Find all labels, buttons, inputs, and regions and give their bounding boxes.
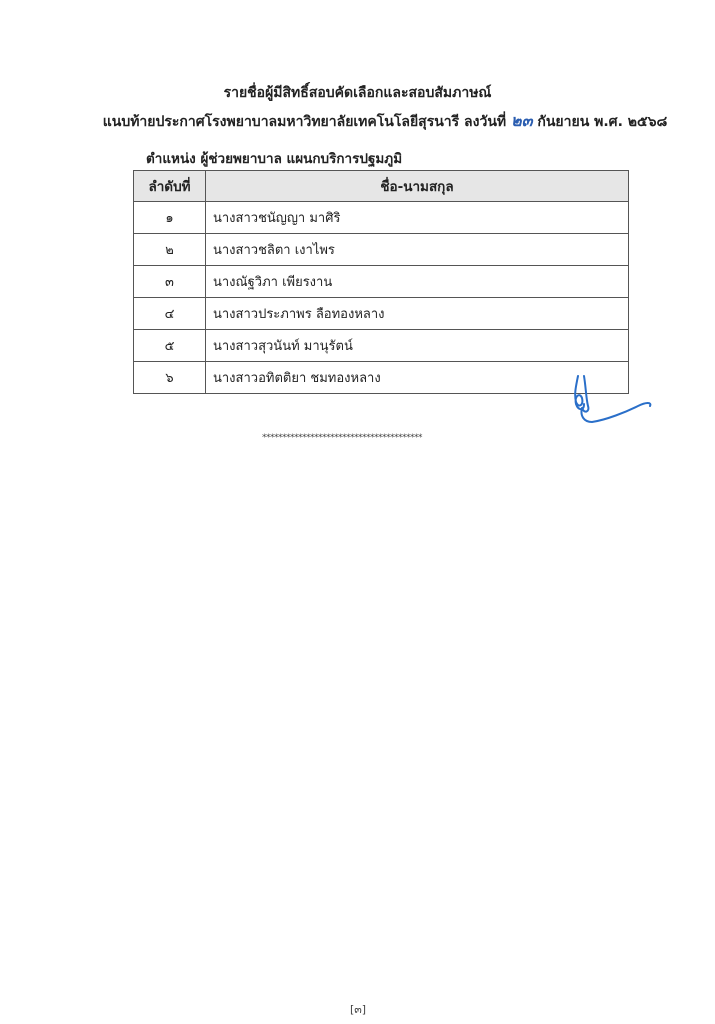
table-row: ๑ นางสาวชนัญญา มาศิริ bbox=[134, 202, 629, 234]
separator-line: **************************************** bbox=[262, 433, 488, 443]
subtitle-prefix: แนบท้ายประกาศโรงพยาบาลมหาวิทยาลัยเทคโนโล… bbox=[103, 114, 506, 130]
row-number: ๖ bbox=[134, 362, 206, 394]
row-name: นางสาวสุวนันท์ มานุรัตน์ bbox=[206, 330, 629, 362]
handwritten-day: ๒๓ bbox=[511, 111, 532, 130]
row-number: ๒ bbox=[134, 234, 206, 266]
page-number: [๓] bbox=[350, 1000, 366, 1018]
row-name: นางสาวชนัญญา มาศิริ bbox=[206, 202, 629, 234]
header-number: ลำดับที่ bbox=[134, 171, 206, 202]
row-number: ๑ bbox=[134, 202, 206, 234]
row-number: ๕ bbox=[134, 330, 206, 362]
table-row: ๓ นางณัฐวิภา เพียรงาน bbox=[134, 266, 629, 298]
header-name: ชื่อ-นามสกุล bbox=[206, 171, 629, 202]
table-header-row: ลำดับที่ ชื่อ-นามสกุล bbox=[134, 171, 629, 202]
row-name: นางสาวชลิตา เงาไพร bbox=[206, 234, 629, 266]
table-row: ๕ นางสาวสุวนันท์ มานุรัตน์ bbox=[134, 330, 629, 362]
table-row: ๖ นางสาวอทิตติยา ชมทองหลาง bbox=[134, 362, 629, 394]
subtitle-suffix: กันยายน พ.ศ. ๒๕๖๘ bbox=[537, 114, 667, 130]
table-row: ๔ นางสาวประภาพร ลือทองหลาง bbox=[134, 298, 629, 330]
row-name: นางสาวประภาพร ลือทองหลาง bbox=[206, 298, 629, 330]
row-number: ๔ bbox=[134, 298, 206, 330]
position-heading: ตำแหน่ง ผู้ช่วยพยาบาล แผนกบริการปฐมภูมิ bbox=[146, 147, 402, 169]
table-row: ๒ นางสาวชลิตา เงาไพร bbox=[134, 234, 629, 266]
document-title: รายชื่อผู้มีสิทธิ์สอบคัดเลือกและสอบสัมภา… bbox=[0, 82, 715, 104]
signature-icon bbox=[566, 372, 658, 432]
candidate-table: ลำดับที่ ชื่อ-นามสกุล ๑ นางสาวชนัญญา มาศ… bbox=[133, 170, 629, 394]
row-name: นางณัฐวิภา เพียรงาน bbox=[206, 266, 629, 298]
row-number: ๓ bbox=[134, 266, 206, 298]
document-subtitle: แนบท้ายประกาศโรงพยาบาลมหาวิทยาลัยเทคโนโล… bbox=[0, 109, 715, 134]
